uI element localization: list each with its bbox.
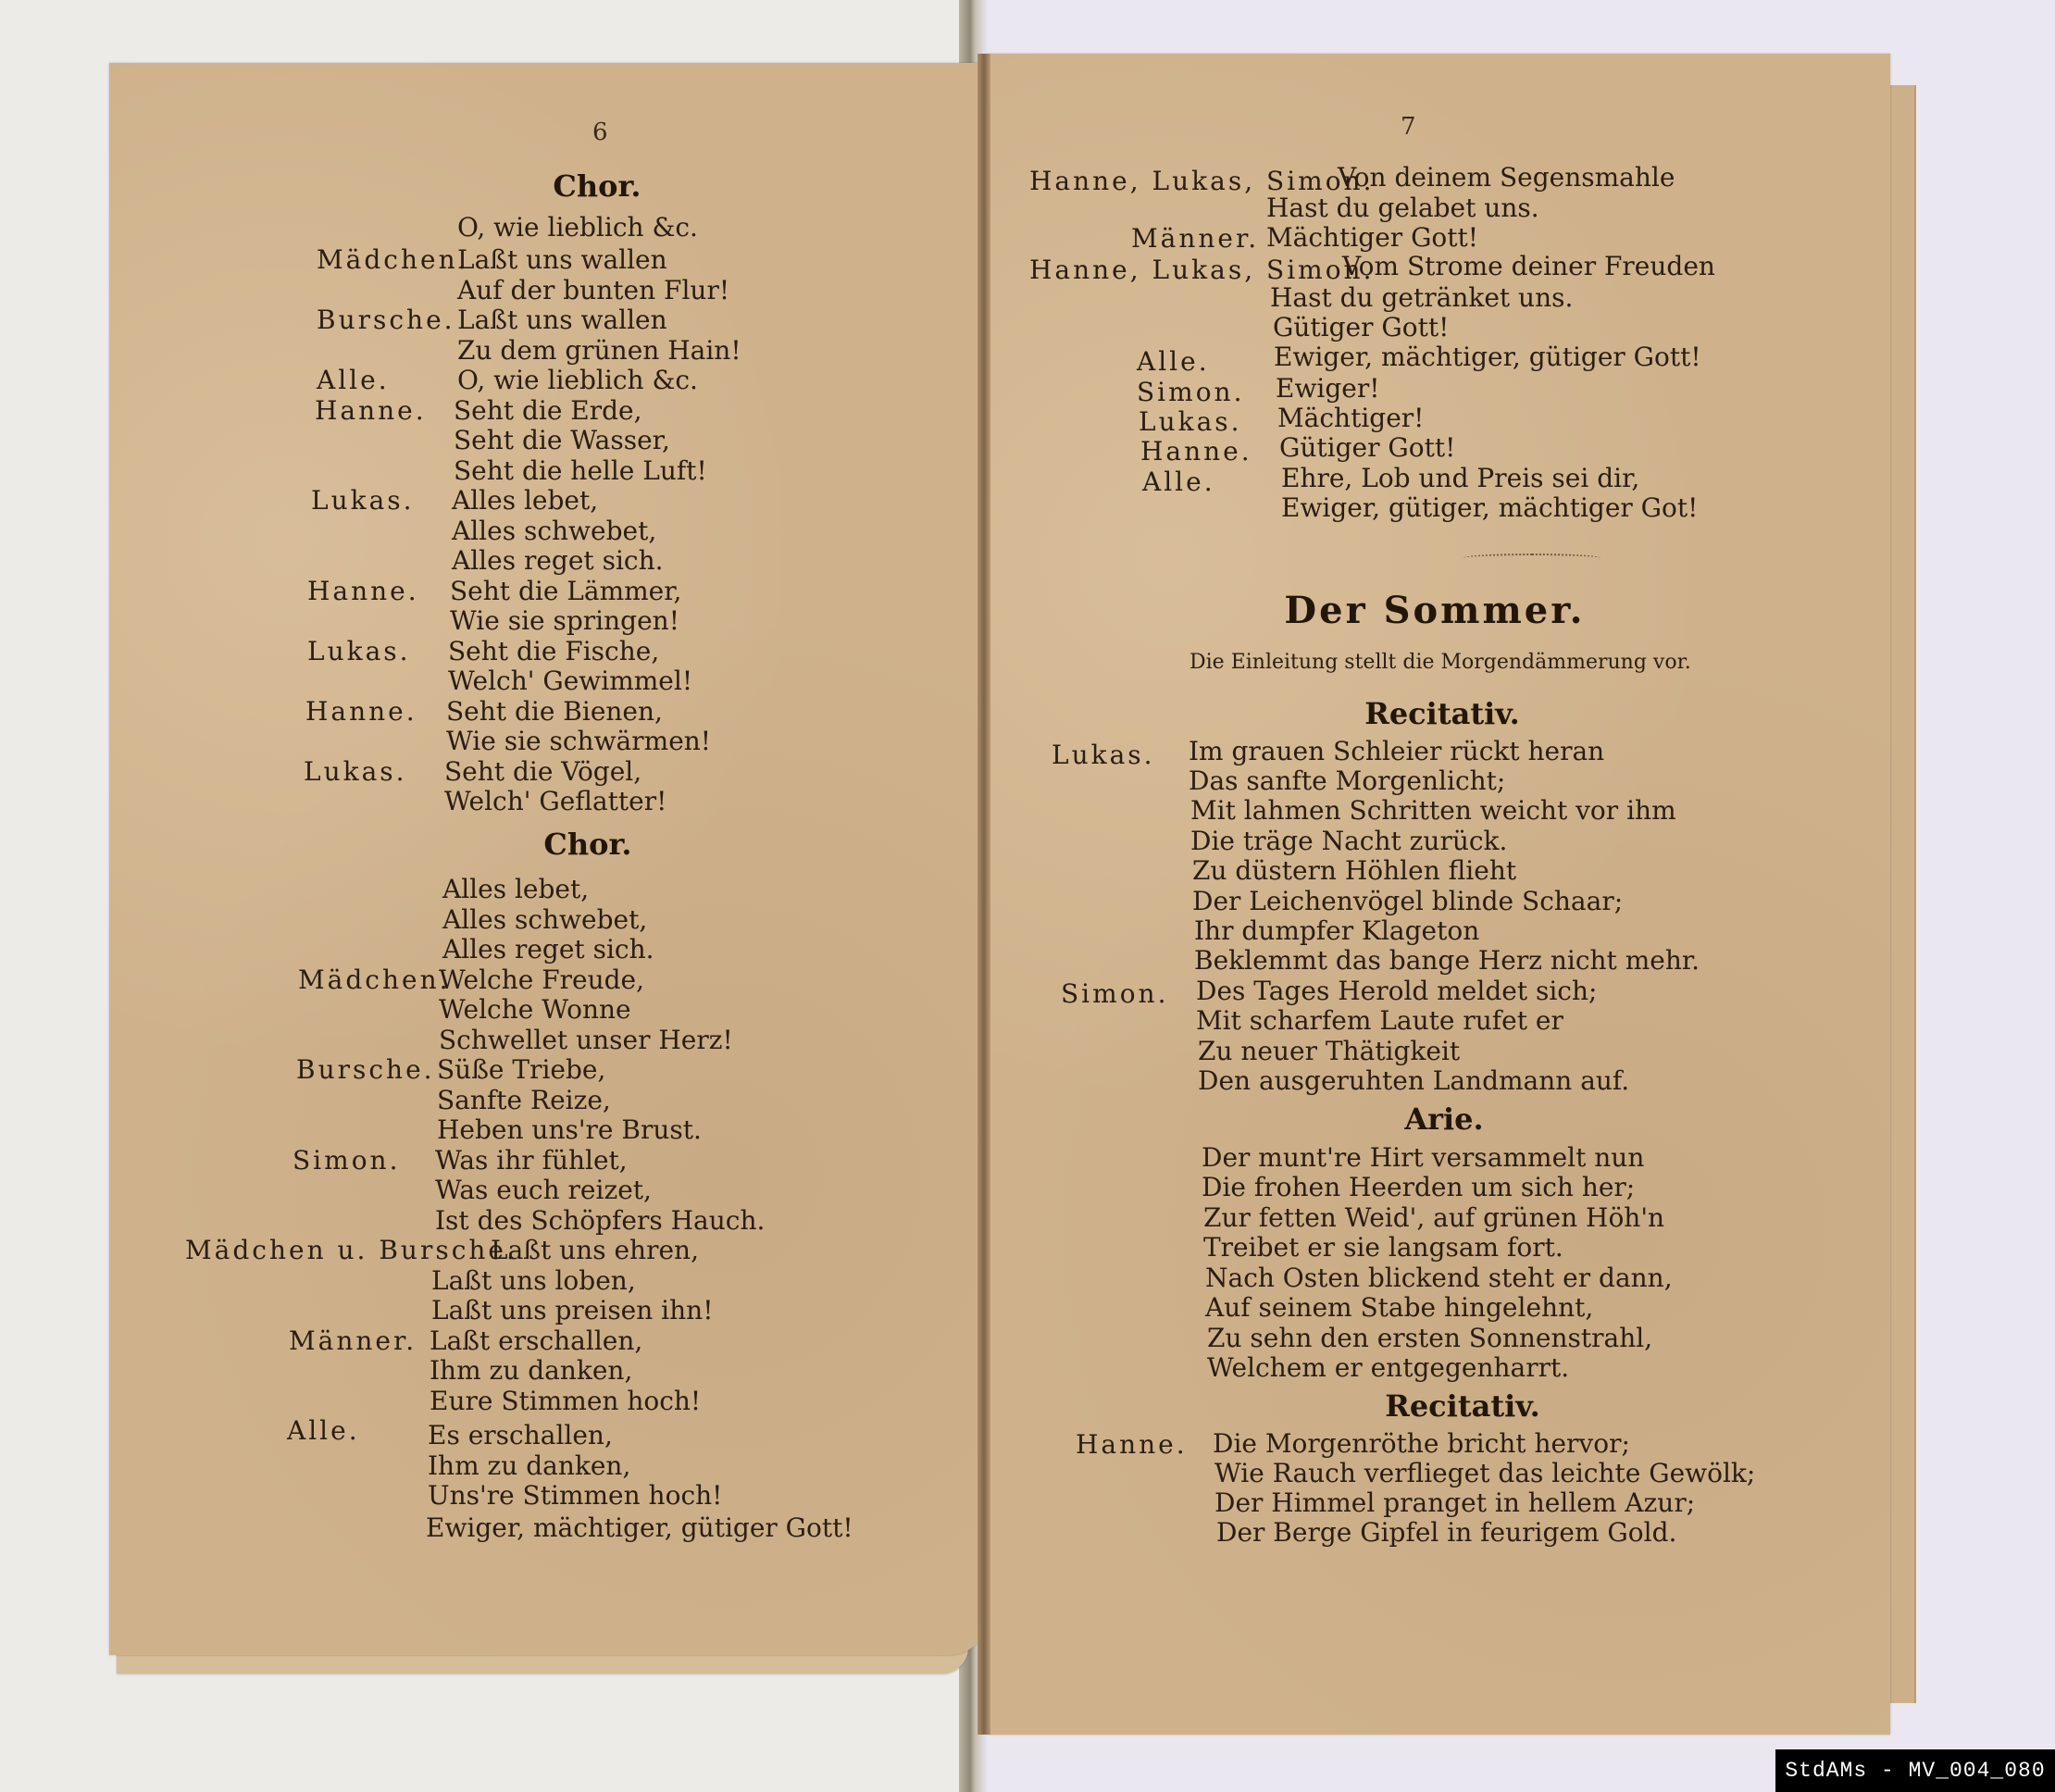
verse-line: Gütiger Gott! bbox=[1273, 313, 1449, 342]
verse-line: Alles reget sich. bbox=[452, 546, 664, 576]
verse-line: Ewiger! bbox=[1276, 374, 1380, 404]
verse-line: Die frohen Heerden um sich her; bbox=[1202, 1173, 1635, 1202]
verse-line: Zu sehn den ersten Sonnenstrahl, bbox=[1207, 1324, 1652, 1353]
speaker-label: Männer. bbox=[289, 1326, 417, 1356]
verse-line: Seht die Wasser, bbox=[454, 426, 670, 455]
verse-line: Von deinem Segensmahle bbox=[1338, 163, 1675, 193]
verse-line: Es erschallen, bbox=[428, 1421, 613, 1450]
verse-line: Der munt're Hirt versammelt nun bbox=[1202, 1143, 1644, 1173]
verse-line: Zu neuer Thätigkeit bbox=[1198, 1037, 1460, 1066]
heading-arie: Arie. bbox=[1404, 1101, 1483, 1137]
verse-line: Wie sie springen! bbox=[450, 606, 679, 636]
verse-line: Die träge Nacht zurück. bbox=[1190, 827, 1507, 856]
archive-label: StdAMs - MV_004_080 bbox=[1775, 1749, 2055, 1792]
heading-chor-1: Chor. bbox=[553, 168, 641, 204]
speaker-label: Alle. bbox=[1142, 467, 1215, 497]
verse-line: Ihm zu danken, bbox=[428, 1451, 630, 1481]
verse-line: Alles lebet, bbox=[442, 875, 589, 904]
speaker-label: Hanne. bbox=[307, 577, 419, 606]
stage-direction: Die Einleitung stellt die Morgendämmerun… bbox=[1189, 648, 1691, 678]
verse-line: Süße Triebe, bbox=[437, 1055, 605, 1085]
speaker-label: Hanne. bbox=[305, 697, 417, 727]
verse-line: Mit lahmen Schritten weicht vor ihm bbox=[1190, 796, 1676, 826]
verse-line: Laßt uns wallen bbox=[457, 245, 667, 275]
verse-line: Welchem er entgegenharrt. bbox=[1207, 1353, 1569, 1383]
verse-line: O, wie lieblich &c. bbox=[457, 366, 698, 395]
verse-line: Mächtiger! bbox=[1277, 404, 1424, 433]
verse-line: Laßt uns preisen ihn! bbox=[431, 1296, 713, 1325]
verse-line: Mit scharfem Laute rufet er bbox=[1196, 1006, 1563, 1036]
heading-recitativ-2: Recitativ. bbox=[1385, 1388, 1540, 1424]
verse-line: Wie Rauch verflieget das leichte Gewölk; bbox=[1214, 1459, 1755, 1488]
verse-line: Ewiger, gütiger, mächtiger Got! bbox=[1281, 493, 1698, 523]
speaker-label: Simon. bbox=[1061, 979, 1168, 1009]
speaker-label: Männer. bbox=[1131, 224, 1259, 254]
speaker-label: Alle. bbox=[1137, 347, 1210, 377]
verse-line: Alles lebet, bbox=[452, 486, 598, 516]
verse-line: Den ausgeruhten Landmann auf. bbox=[1198, 1066, 1629, 1096]
verse-line: Eure Stimmen hoch! bbox=[430, 1387, 701, 1416]
page-number-right: 7 bbox=[1401, 113, 1416, 141]
verse-line: Auf der bunten Flur! bbox=[457, 276, 729, 305]
verse-line: Seht die Fische, bbox=[448, 637, 659, 666]
verse-line: Laßt uns ehren, bbox=[491, 1236, 699, 1265]
speaker-label: Lukas. bbox=[311, 486, 415, 516]
verse-line: Ehre, Lob und Preis sei dir, bbox=[1281, 464, 1639, 493]
ornament-divider bbox=[1463, 554, 1601, 563]
heading-chor-2: Chor. bbox=[543, 827, 631, 862]
speaker-label: Hanne. bbox=[315, 396, 427, 426]
speaker-label: Mädchen. bbox=[317, 245, 469, 275]
verse-line: Im grauen Schleier rückt heran bbox=[1189, 737, 1604, 766]
verse-line: Auf seinem Stabe hingelehnt, bbox=[1205, 1293, 1593, 1323]
verse-line: Seht die Erde, bbox=[454, 396, 642, 426]
speaker-label: Lukas. bbox=[304, 757, 407, 787]
speaker-label: Lukas. bbox=[1052, 740, 1155, 770]
verse-line: Laßt uns wallen bbox=[457, 305, 667, 335]
verse-line: Schwellet unser Herz! bbox=[439, 1026, 733, 1055]
verse-line: Ihm zu danken, bbox=[430, 1356, 632, 1386]
verse-line: Zu dem grünen Hain! bbox=[457, 336, 741, 366]
verse-line: Ewiger, mächtiger, gütiger Gott! bbox=[426, 1513, 853, 1543]
page-number-left: 6 bbox=[592, 118, 608, 146]
verse-line: Hast du gelabet uns. bbox=[1266, 193, 1539, 223]
verse-line: Die Morgenröthe bricht hervor; bbox=[1213, 1429, 1630, 1459]
verse-line: Welch' Gewimmel! bbox=[448, 666, 692, 696]
verse-line: Das sanfte Morgenlicht; bbox=[1189, 766, 1505, 796]
verse-line: Laßt uns loben, bbox=[431, 1266, 636, 1296]
verse-line: Heben uns're Brust. bbox=[437, 1115, 702, 1145]
speaker-label: Lukas. bbox=[307, 637, 411, 666]
speaker-label: Mädchen. bbox=[298, 965, 451, 995]
page-stack-edge bbox=[1888, 85, 1916, 1703]
speaker-label: Hanne, Lukas, Simon. bbox=[1029, 255, 1374, 285]
verse-line: Sanfte Reize, bbox=[437, 1086, 611, 1115]
verse-line: Alles schwebet, bbox=[442, 905, 647, 935]
verse-line: Ewiger, mächtiger, gütiger Gott! bbox=[1274, 342, 1701, 372]
verse-line: Seht die helle Luft! bbox=[454, 456, 707, 486]
book-gutter bbox=[978, 54, 990, 1735]
verse-line: Welche Freude, bbox=[439, 965, 644, 995]
verse-line: Welche Wonne bbox=[439, 995, 631, 1025]
verse-line: Mächtiger Gott! bbox=[1266, 223, 1478, 253]
speaker-label: Lukas. bbox=[1139, 407, 1242, 437]
speaker-label: Simon. bbox=[1137, 378, 1244, 407]
verse-line: Alles schwebet, bbox=[452, 516, 656, 546]
verse-line: Seht die Bienen, bbox=[446, 697, 663, 727]
verse-line: Vom Strome deiner Freuden bbox=[1342, 252, 1715, 281]
verse-line: Alles reget sich. bbox=[442, 935, 654, 964]
verse-line: Nach Osten blickend steht er dann, bbox=[1205, 1263, 1673, 1293]
verse-line: Was ihr fühlet, bbox=[435, 1146, 628, 1176]
verse-line: Hast du getränket uns. bbox=[1270, 283, 1573, 313]
verse-line: Was euch reizet, bbox=[435, 1176, 652, 1205]
speaker-label: Bursche. bbox=[317, 305, 455, 335]
verse-line: O, wie lieblich &c. bbox=[457, 213, 698, 243]
verse-line: Wie sie schwärmen! bbox=[446, 727, 711, 756]
verse-line: Laßt erschallen, bbox=[430, 1326, 642, 1356]
verse-line: Der Berge Gipfel in feurigem Gold. bbox=[1216, 1518, 1676, 1548]
speaker-label: Bursche. bbox=[296, 1055, 435, 1085]
heading-recitativ-1: Recitativ. bbox=[1364, 696, 1520, 731]
verse-line: Der Himmel pranget in hellem Azur; bbox=[1214, 1488, 1695, 1518]
verse-line: Der Leichenvögel blinde Schaar; bbox=[1192, 887, 1623, 916]
verse-line: Uns're Stimmen hoch! bbox=[428, 1481, 722, 1511]
speaker-label: Hanne. bbox=[1076, 1430, 1188, 1460]
speaker-label: Alle. bbox=[287, 1416, 360, 1446]
verse-line: Ist des Schöpfers Hauch. bbox=[435, 1206, 765, 1236]
section-title: Der Sommer. bbox=[1284, 589, 1585, 632]
speaker-label: Alle. bbox=[317, 366, 390, 395]
verse-line: Beklemmt das bange Herz nicht mehr. bbox=[1194, 946, 1700, 976]
speaker-label: Hanne. bbox=[1140, 437, 1252, 467]
verse-line: Seht die Vögel, bbox=[444, 757, 641, 787]
verse-line: Gütiger Gott! bbox=[1279, 433, 1455, 463]
verse-line: Zur fetten Weid', auf grünen Höh'n bbox=[1203, 1203, 1664, 1233]
verse-line: Seht die Lämmer, bbox=[450, 577, 681, 606]
verse-line: Zu düstern Höhlen flieht bbox=[1192, 856, 1516, 886]
verse-line: Treibet er sie langsam fort. bbox=[1203, 1233, 1563, 1263]
speaker-label: Mädchen u. Bursche. bbox=[185, 1236, 517, 1265]
verse-line: Welch' Geflatter! bbox=[444, 787, 666, 816]
speaker-label: Simon. bbox=[293, 1146, 400, 1176]
verse-line: Des Tages Herold meldet sich; bbox=[1196, 977, 1597, 1006]
verse-line: Ihr dumpfer Klageton bbox=[1194, 916, 1479, 946]
